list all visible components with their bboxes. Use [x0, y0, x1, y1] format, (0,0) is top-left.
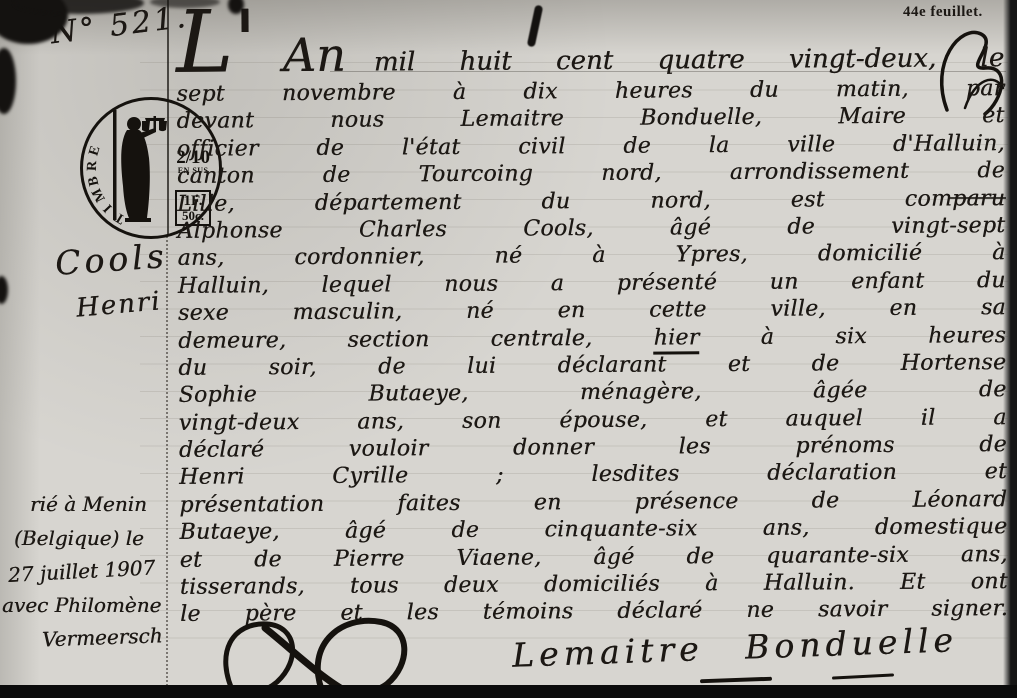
opening-initial: L': [176, 12, 257, 73]
margin-note-line: (Belgique) le: [2, 522, 167, 556]
officer-signature: Lemaitre Bonduelle: [511, 620, 958, 675]
margin-note-line: rié à Menin: [2, 488, 167, 522]
underlined-word: hier: [653, 325, 699, 354]
opening-line-rest: mil huit cent quatre vingt-deux, le: [374, 43, 1005, 77]
margin-forename: Henri: [75, 286, 163, 323]
opening-word: An: [283, 28, 346, 82]
marriage-margin-note: rié à Menin (Belgique) le 27 juillet 190…: [2, 488, 167, 656]
act-opening-line: L' An mil huit cent quatre vingt-deux, l…: [176, 7, 1004, 79]
ink-blot: [0, 276, 8, 304]
margin-note-line: 27 juillet 1907: [1, 551, 168, 593]
margin-surname: Cools: [54, 236, 169, 283]
scan-bottom-bar: [0, 685, 1017, 698]
signature-flourish-dash: [832, 673, 894, 679]
ink-blot: [0, 48, 16, 114]
underline-line-post: à six heures: [699, 323, 1006, 350]
underline-line-pre: demeure, section centrale,: [178, 325, 654, 353]
scanned-birth-record-page: N° 521. 44e feuillet. TIMBRE 2/10 EN SUS: [0, 0, 1017, 698]
act-body-text: L' An mil huit cent quatre vingt-deux, l…: [176, 7, 1008, 629]
act-body-lines: sept novembre à dix heures du matin, par…: [176, 75, 1008, 629]
margin-note-line: Vermeersch: [1, 619, 167, 658]
margin-note-line: avec Philomène: [2, 589, 167, 623]
justice-figure-icon: [109, 108, 167, 224]
scan-edge-band: [1003, 0, 1017, 698]
signature-flourish-dash: [700, 677, 772, 684]
